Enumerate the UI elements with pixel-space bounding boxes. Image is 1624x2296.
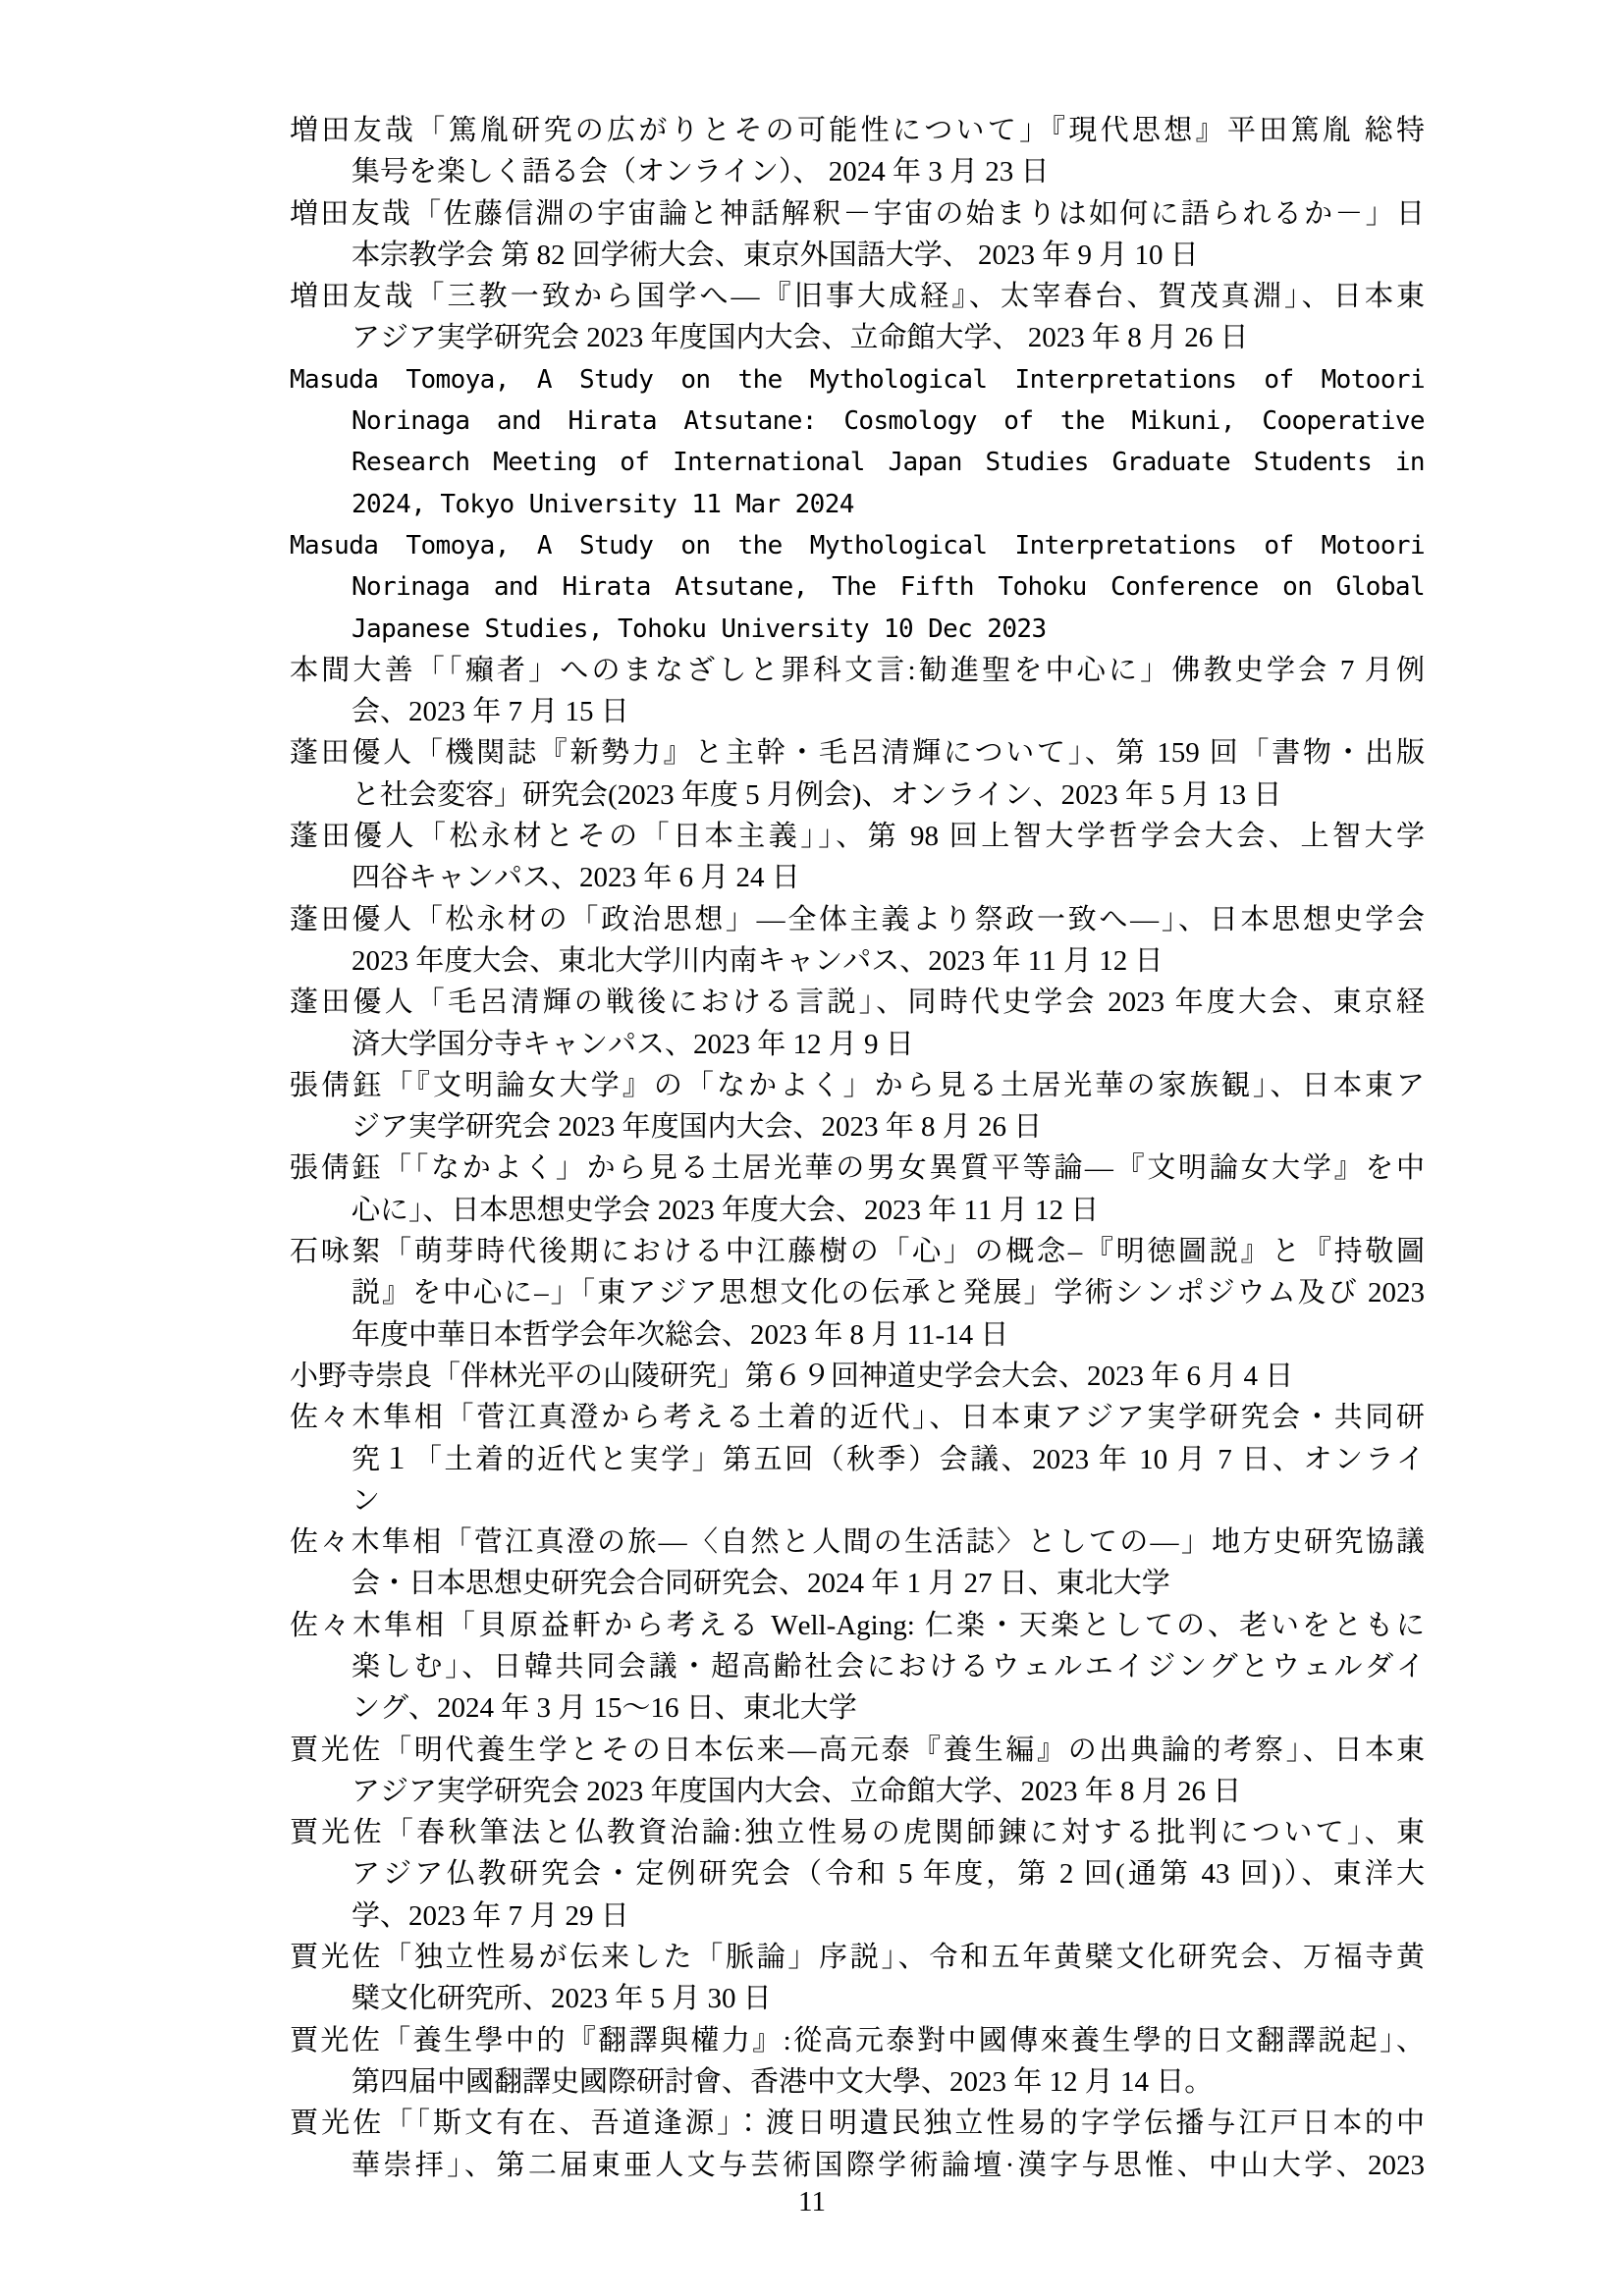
- publication-line: 蓬田優人「毛呂清輝の戦後における言説」、同時代史学会 2023 年度大会、東京経: [290, 982, 1425, 1023]
- publication-line: 佐々木隼相「菅江真澄から考える土着的近代」、日本東アジア実学研究会・共同研: [290, 1397, 1425, 1438]
- publication-line: 増田友哉「三教一致から国学へ―『旧事大成経』、太宰春台、賀茂真淵」、日本東: [290, 276, 1425, 317]
- publication-line: 賈光佐「独立性易が伝来した「脈論」序説」、令和五年黄檗文化研究会、万福寺黄: [290, 1937, 1425, 1978]
- publication-line: Japanese Studies, Tohoku University 10 D…: [290, 609, 1425, 650]
- publication-line: 張倩鈺「『文明論女大学』の「なかよく」から見る土居光華の家族観」、日本東ア: [290, 1065, 1425, 1106]
- publication-line: ング、2024 年 3 月 15～16 日、東北大学: [290, 1687, 1425, 1729]
- publication-line: 2023 年度大会、東北大学川内南キャンパス、2023 年 11 月 12 日: [290, 940, 1425, 982]
- publication-line: 年度中華日本哲学会年次総会、2023 年 8 月 11-14 日: [290, 1314, 1425, 1356]
- publication-line: 心に」、日本思想史学会 2023 年度大会、2023 年 11 月 12 日: [290, 1190, 1425, 1231]
- publication-line: 張倩鈺「「なかよく」から見る土居光華の男女異質平等論―『文明論女大学』を中: [290, 1148, 1425, 1189]
- publication-line: 第四届中國翻譯史國際研討會、香港中文大學、2023 年 12 月 14 日。: [290, 2061, 1425, 2103]
- publication-line: 究１「土着的近代と実学」第五回（秋季）会議、2023 年 10 月 7 日、オン…: [290, 1439, 1425, 1480]
- publication-line: 蓬田優人「松永材とその「日本主義」」、第 98 回上智大学哲学会大会、上智大学: [290, 816, 1425, 857]
- publication-line: 会、2023 年 7 月 15 日: [290, 691, 1425, 732]
- publication-line: 本間大善「「癩者」へのまなざしと罪科文言:勧進聖を中心に」佛教史学会 7 月例: [290, 650, 1425, 691]
- publication-line: 賈光佐「春秋筆法と仏教資治論:独立性易の虎関師錬に対する批判について」、東: [290, 1812, 1425, 1853]
- publication-line: Masuda Tomoya, A Study on the Mythologic…: [290, 359, 1425, 400]
- publication-line: Norinaga and Hirata Atsutane, The Fifth …: [290, 566, 1425, 608]
- document-page: 増田友哉「篤胤研究の広がりとその可能性について」『現代思想』平田篤胤 総特集号を…: [0, 0, 1624, 2296]
- publication-line: 華崇拝」、第二届東亜人文与芸術国際学術論壇·漢字与思惟、中山大学、2023: [290, 2145, 1425, 2186]
- publication-line: アジア仏教研究会・定例研究会（令和 5 年度，第 2 回(通第 43 回)）、東…: [290, 1853, 1425, 1895]
- page-number: 11: [0, 2181, 1624, 2222]
- publication-line: 石咏絮「萌芽時代後期における中江藤樹の「心」の概念–『明徳圖説』と『持敬圖: [290, 1231, 1425, 1272]
- publication-line: 増田友哉「篤胤研究の広がりとその可能性について」『現代思想』平田篤胤 総特: [290, 110, 1425, 151]
- publication-line: 説』を中心に–」「東アジア思想文化の伝承と発展」学術シンポジウム及び 2023: [290, 1272, 1425, 1313]
- publication-line: 四谷キャンパス、2023 年 6 月 24 日: [290, 857, 1425, 898]
- publication-line: 蓬田優人「機関誌『新勢力』と主幹・毛呂清輝について」、第 159 回「書物・出版: [290, 732, 1425, 774]
- publication-line: 蓬田優人「松永材の「政治思想」―全体主義より祭政一致へ―」、日本思想史学会: [290, 899, 1425, 940]
- publication-line: 集号を楽しく語る会（オンライン）、 2024 年 3 月 23 日: [290, 151, 1425, 192]
- publication-line: 増田友哉「佐藤信淵の宇宙論と神話解釈－宇宙の始まりは如何に語られるか－」日: [290, 193, 1425, 235]
- publication-line: と社会変容」研究会(2023 年度 5 月例会)、オンライン、2023 年 5 …: [290, 774, 1425, 816]
- publication-line: 佐々木隼相「菅江真澄の旅―〈自然と人間の生活誌〉としての―」地方史研究協議: [290, 1522, 1425, 1563]
- publication-line: 賈光佐「「斯文有在、吾道逢源」：渡日明遺民独立性易的字学伝播与江戸日本的中: [290, 2103, 1425, 2144]
- publication-line: 楽しむ」、日韓共同会議・超高齢社会におけるウェルエイジングとウェルダイ: [290, 1646, 1425, 1687]
- publication-line: 賈光佐「養生學中的『翻譯與權力』:從高元泰對中國傳來養生學的日文翻譯説起」、: [290, 2020, 1425, 2061]
- publication-line: 小野寺崇良「伴林光平の山陵研究」第６９回神道史学会大会、2023 年 6 月 4…: [290, 1356, 1425, 1397]
- publication-line: 本宗教学会 第 82 回学術大会、東京外国語大学、 2023 年 9 月 10 …: [290, 235, 1425, 276]
- publication-list: 増田友哉「篤胤研究の広がりとその可能性について」『現代思想』平田篤胤 総特集号を…: [290, 110, 1425, 2186]
- publication-line: 会・日本思想史研究会合同研究会、2024 年 1 月 27 日、東北大学: [290, 1563, 1425, 1604]
- publication-line: Masuda Tomoya, A Study on the Mythologic…: [290, 525, 1425, 566]
- publication-line: Research Meeting of International Japan …: [290, 442, 1425, 483]
- publication-line: ン: [290, 1480, 1425, 1522]
- publication-line: 檗文化研究所、2023 年 5 月 30 日: [290, 1978, 1425, 2019]
- publication-line: アジア実学研究会 2023 年度国内大会、立命館大学、 2023 年 8 月 2…: [290, 317, 1425, 358]
- publication-line: ジア実学研究会 2023 年度国内大会、2023 年 8 月 26 日: [290, 1106, 1425, 1148]
- publication-line: 賈光佐「明代養生学とその日本伝来―高元泰『養生編』の出典論的考察」、日本東: [290, 1730, 1425, 1771]
- publication-line: アジア実学研究会 2023 年度国内大会、立命館大学、2023 年 8 月 26…: [290, 1771, 1425, 1812]
- publication-line: 佐々木隼相「貝原益軒から考える Well-Aging: 仁楽・天楽としての、老い…: [290, 1605, 1425, 1646]
- publication-line: 学、2023 年 7 月 29 日: [290, 1896, 1425, 1937]
- publication-line: 済大学国分寺キャンパス、2023 年 12 月 9 日: [290, 1024, 1425, 1065]
- publication-line: Norinaga and Hirata Atsutane: Cosmology …: [290, 400, 1425, 442]
- publication-line: 2024, Tokyo University 11 Mar 2024: [290, 484, 1425, 525]
